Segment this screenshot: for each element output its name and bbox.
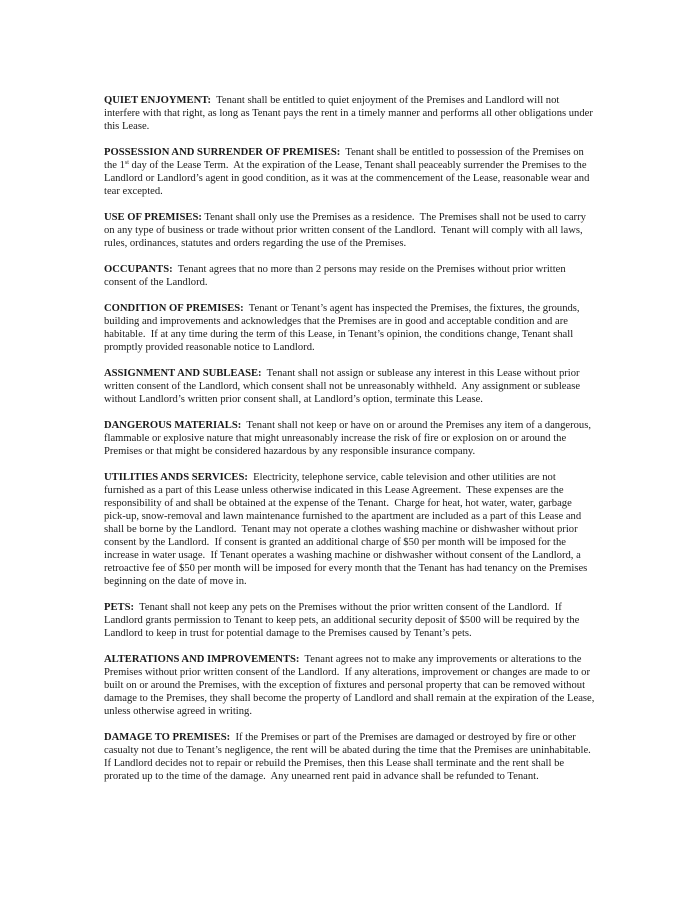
clause-heading: UTILITIES ANDS SERVICES:	[104, 472, 248, 483]
clause-occupants: OCCUPANTS: Tenant agrees that no more th…	[104, 263, 596, 289]
clause-heading: POSSESSION AND SURRENDER OF PREMISES:	[104, 147, 340, 158]
lease-document-page: QUIET ENJOYMENT: Tenant shall be entitle…	[104, 94, 596, 796]
clause-heading: ALTERATIONS AND IMPROVEMENTS:	[104, 654, 299, 665]
clause-heading: PETS:	[104, 602, 134, 613]
clause-text: Electricity, telephone service, cable te…	[104, 472, 590, 587]
clause-heading: USE OF PREMISES:	[104, 212, 202, 223]
clause-condition-of-premises: CONDITION OF PREMISES: Tenant or Tenant’…	[104, 302, 596, 354]
clause-quiet-enjoyment: QUIET ENJOYMENT: Tenant shall be entitle…	[104, 94, 596, 133]
clause-damage-to-premises: DAMAGE TO PREMISES: If the Premises or p…	[104, 731, 596, 783]
clause-utilities-and-services: UTILITIES ANDS SERVICES: Electricity, te…	[104, 471, 596, 588]
clause-heading: CONDITION OF PREMISES:	[104, 303, 244, 314]
clause-heading: DANGEROUS MATERIALS:	[104, 420, 241, 431]
clause-assignment-and-sublease: ASSIGNMENT AND SUBLEASE: Tenant shall no…	[104, 367, 596, 406]
clause-heading: OCCUPANTS:	[104, 264, 173, 275]
clause-heading: DAMAGE TO PREMISES:	[104, 732, 230, 743]
clause-possession-and-surrender: POSSESSION AND SURRENDER OF PREMISES: Te…	[104, 146, 596, 198]
clause-heading: QUIET ENJOYMENT:	[104, 95, 211, 106]
clause-dangerous-materials: DANGEROUS MATERIALS: Tenant shall not ke…	[104, 419, 596, 458]
clause-text: day of the Lease Term. At the expiration…	[104, 160, 592, 197]
clause-text: Tenant shall not keep any pets on the Pr…	[104, 602, 582, 639]
clause-pets: PETS: Tenant shall not keep any pets on …	[104, 601, 596, 640]
clause-alterations-and-improvements: ALTERATIONS AND IMPROVEMENTS: Tenant agr…	[104, 653, 596, 718]
clause-text: Tenant agrees that no more than 2 person…	[104, 264, 568, 288]
clause-use-of-premises: USE OF PREMISES: Tenant shall only use t…	[104, 211, 596, 250]
clause-heading: ASSIGNMENT AND SUBLEASE:	[104, 368, 262, 379]
